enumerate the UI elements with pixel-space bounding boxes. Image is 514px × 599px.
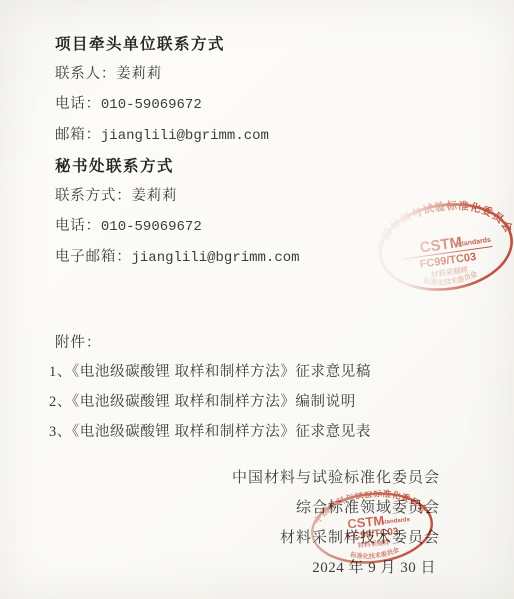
signature-org-line-3: 材料采制样技术委员会 bbox=[232, 530, 440, 547]
secretariat-email-label: 电子邮箱： bbox=[55, 249, 132, 265]
phone-value: 010-59069672 bbox=[101, 97, 202, 113]
secretariat-phone-value: 010-59069672 bbox=[101, 219, 202, 235]
contact-person-line: 联系人：姜莉莉 bbox=[55, 66, 484, 83]
section2-title: 秘书处联系方式 bbox=[55, 158, 484, 176]
document-body: 项目牵头单位联系方式 联系人：姜莉莉 电话：010-59069672 邮箱：ji… bbox=[55, 36, 484, 454]
secretariat-contact-label: 联系方式： bbox=[55, 188, 132, 204]
attachments-block: 附件： 1、《电池级碳酸锂 取样和制样方法》征求意见稿 2、《电池级碳酸锂 取样… bbox=[55, 335, 484, 441]
attachment-item-3: 3、《电池级碳酸锂 取样和制样方法》征求意见表 bbox=[49, 424, 484, 441]
secretariat-contact-value: 姜莉莉 bbox=[132, 188, 178, 204]
attachments-title: 附件： bbox=[55, 335, 484, 352]
document-page: 项目牵头单位联系方式 联系人：姜莉莉 电话：010-59069672 邮箱：ji… bbox=[0, 0, 514, 599]
phone-label: 电话： bbox=[55, 96, 101, 112]
section1-title: 项目牵头单位联系方式 bbox=[55, 36, 484, 54]
secretariat-email-value: jianglili@bgrimm.com bbox=[132, 250, 300, 266]
email-line: 邮箱：jianglili@bgrimm.com bbox=[55, 127, 484, 145]
secretariat-contact-line: 联系方式：姜莉莉 bbox=[55, 188, 484, 205]
email-value: jianglili@bgrimm.com bbox=[101, 128, 269, 144]
signature-date: 2024 年 9 月 30 日 bbox=[232, 560, 436, 577]
signature-block: 中国材料与试验标准化委员会 综合标准领域委员会 材料采制样技术委员会 2024 … bbox=[232, 470, 440, 590]
email-label: 邮箱： bbox=[55, 127, 101, 143]
secretariat-phone-line: 电话：010-59069672 bbox=[55, 218, 484, 236]
signature-org-line-2: 综合标准领域委员会 bbox=[232, 500, 440, 517]
secretariat-email-line: 电子邮箱：jianglili@bgrimm.com bbox=[55, 249, 484, 267]
secretariat-phone-label: 电话： bbox=[55, 218, 101, 234]
attachment-item-1: 1、《电池级碳酸锂 取样和制样方法》征求意见稿 bbox=[49, 364, 484, 381]
attachment-item-2: 2、《电池级碳酸锂 取样和制样方法》编制说明 bbox=[49, 394, 484, 411]
contact-person-label: 联系人： bbox=[55, 66, 116, 82]
contact-person-value: 姜莉莉 bbox=[116, 66, 162, 82]
phone-line: 电话：010-59069672 bbox=[55, 96, 484, 114]
signature-org-line-1: 中国材料与试验标准化委员会 bbox=[232, 470, 440, 487]
